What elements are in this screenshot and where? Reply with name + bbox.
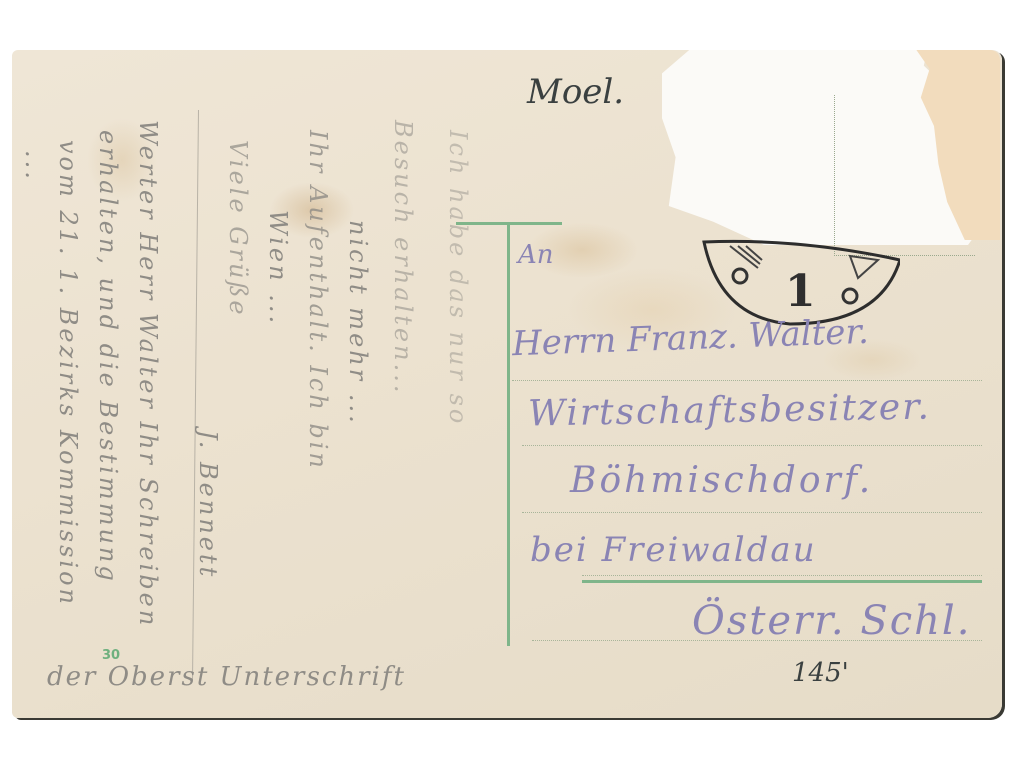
pencil-note-bottom: 145' bbox=[792, 658, 849, 688]
pencil-note-top: Moel. bbox=[527, 72, 624, 112]
message-line: Ihr Aufenthalt. Ich bin bbox=[304, 130, 332, 471]
address-line-town: bei Freiwaldau bbox=[530, 530, 817, 570]
svg-text:1: 1 bbox=[785, 266, 816, 317]
stamp-box-outline bbox=[834, 95, 975, 256]
pencil-margin-line bbox=[192, 110, 199, 680]
address-dotted-line bbox=[522, 445, 982, 446]
address-dotted-line bbox=[512, 380, 982, 381]
address-line-occupation: Wirtschaftsbesitzer. bbox=[528, 386, 932, 434]
postcard-back: 1 Moel. 145' An Herrn Franz. Walter. Wir… bbox=[12, 50, 1002, 718]
message-line: Viele Grüße bbox=[224, 140, 252, 318]
divider-vertical-line bbox=[507, 222, 510, 646]
message-line: erhalten, und die Bestimmung bbox=[94, 130, 122, 584]
message-line: vom 21. 1. Bezirks Kommission bbox=[54, 140, 82, 607]
message-line: nicht mehr ... bbox=[344, 220, 372, 426]
message-closing-line: der Oberst Unterschrift bbox=[47, 662, 406, 692]
address-dotted-line bbox=[582, 575, 982, 576]
message-line: Ich habe das nur so bbox=[444, 130, 472, 426]
message-line: Wien ... bbox=[264, 210, 292, 326]
address-underline bbox=[582, 580, 982, 583]
address-line-village: Böhmischdorf. bbox=[570, 460, 873, 501]
address-salutation: An bbox=[518, 240, 554, 270]
address-line-name: Herrn Franz. Walter. bbox=[511, 312, 869, 364]
address-line-region: Österr. Schl. bbox=[692, 598, 971, 644]
message-line: Werter Herr Walter Ihr Schreiben bbox=[134, 120, 162, 628]
printed-card-number: 30 bbox=[102, 648, 120, 663]
message-line: ... bbox=[20, 150, 48, 182]
address-dotted-line bbox=[522, 512, 982, 513]
message-line: Besuch erhalten... bbox=[389, 120, 417, 395]
postmark-stamp: 1 bbox=[700, 238, 900, 326]
message-signature: J. Bennett bbox=[194, 430, 222, 579]
